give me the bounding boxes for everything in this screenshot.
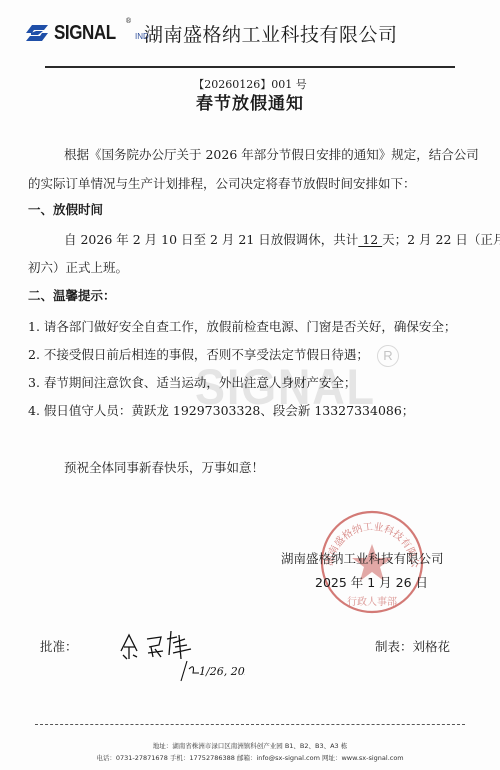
reminder-item: 3. 春节期间注意饮食、适当运动，外出注意人身财产安全； bbox=[28, 374, 356, 391]
section-heading-holiday-time: 一、放假时间 bbox=[28, 201, 103, 218]
signoff-date: 2025 年 1 月 26 日 bbox=[315, 573, 428, 591]
holiday-period-prefix: 自 2026 年 2 月 10 日至 2 月 21 日放假调休，共计 bbox=[64, 232, 358, 247]
svg-text:1/26, 2026: 1/26, 2026 bbox=[199, 665, 245, 678]
approve-label: 批准： bbox=[40, 637, 78, 655]
watermark-registered-icon: R bbox=[377, 345, 399, 367]
footer-contact: 电话：0731-27871678 手机：17752786388 邮箱：info@… bbox=[0, 753, 500, 762]
logo-wordmark: SIGNAL bbox=[54, 22, 116, 45]
intro-line-1: 根据《国务院办公厅关于 2026 年部分节假日安排的通知》规定，结合公司 bbox=[64, 146, 479, 163]
reminder-item: 2. 不接受假日前后相连的事假，否则不享受法定节假日待遇； bbox=[28, 346, 369, 363]
registered-mark: ® bbox=[125, 17, 132, 25]
reminder-item: 4. 假日值守人员：黄跃龙 19297303328、段会新 1332733408… bbox=[28, 402, 414, 419]
header-divider bbox=[45, 66, 455, 68]
intro-line-2: 的实际订单情况与生产计划排程，公司决定将春节放假时间安排如下： bbox=[28, 175, 416, 192]
closing-greeting: 预祝全体同事新春快乐，万事如意！ bbox=[64, 459, 264, 476]
return-to-work-line: 初六）正式上班。 bbox=[28, 259, 128, 276]
section-heading-reminders: 二、温馨提示： bbox=[28, 287, 116, 304]
svg-text:行政人事部: 行政人事部 bbox=[347, 595, 397, 608]
holiday-day-count: 12 bbox=[358, 232, 382, 247]
document-title: 春节放假通知 bbox=[0, 89, 500, 114]
holiday-period-line: 自 2026 年 2 月 10 日至 2 月 21 日放假调休，共计 12 天；… bbox=[64, 231, 500, 248]
handwritten-signature-icon: 1/26, 2026 bbox=[115, 625, 245, 685]
footer-address: 地址：湖南省株洲市渌口区南洲镇科创产业园 B1、B2、B3、A3 栋 bbox=[0, 741, 500, 750]
company-name-header: 湖南盛格纳工业科技有限公司 bbox=[144, 20, 398, 47]
signoff-company: 湖南盛格纳工业科技有限公司 bbox=[281, 549, 444, 567]
prepared-by: 制表：刘格花 bbox=[375, 637, 450, 655]
signal-logo-icon bbox=[22, 22, 52, 44]
holiday-period-suffix: 天；2 月 22 日（正月 bbox=[382, 232, 500, 247]
company-logo: SIGNAL ® IND bbox=[22, 20, 127, 46]
footer-divider bbox=[35, 724, 465, 725]
reminder-item: 1. 请各部门做好安全自查工作，放假前检查电源、门窗是否关好，确保安全； bbox=[28, 318, 456, 335]
